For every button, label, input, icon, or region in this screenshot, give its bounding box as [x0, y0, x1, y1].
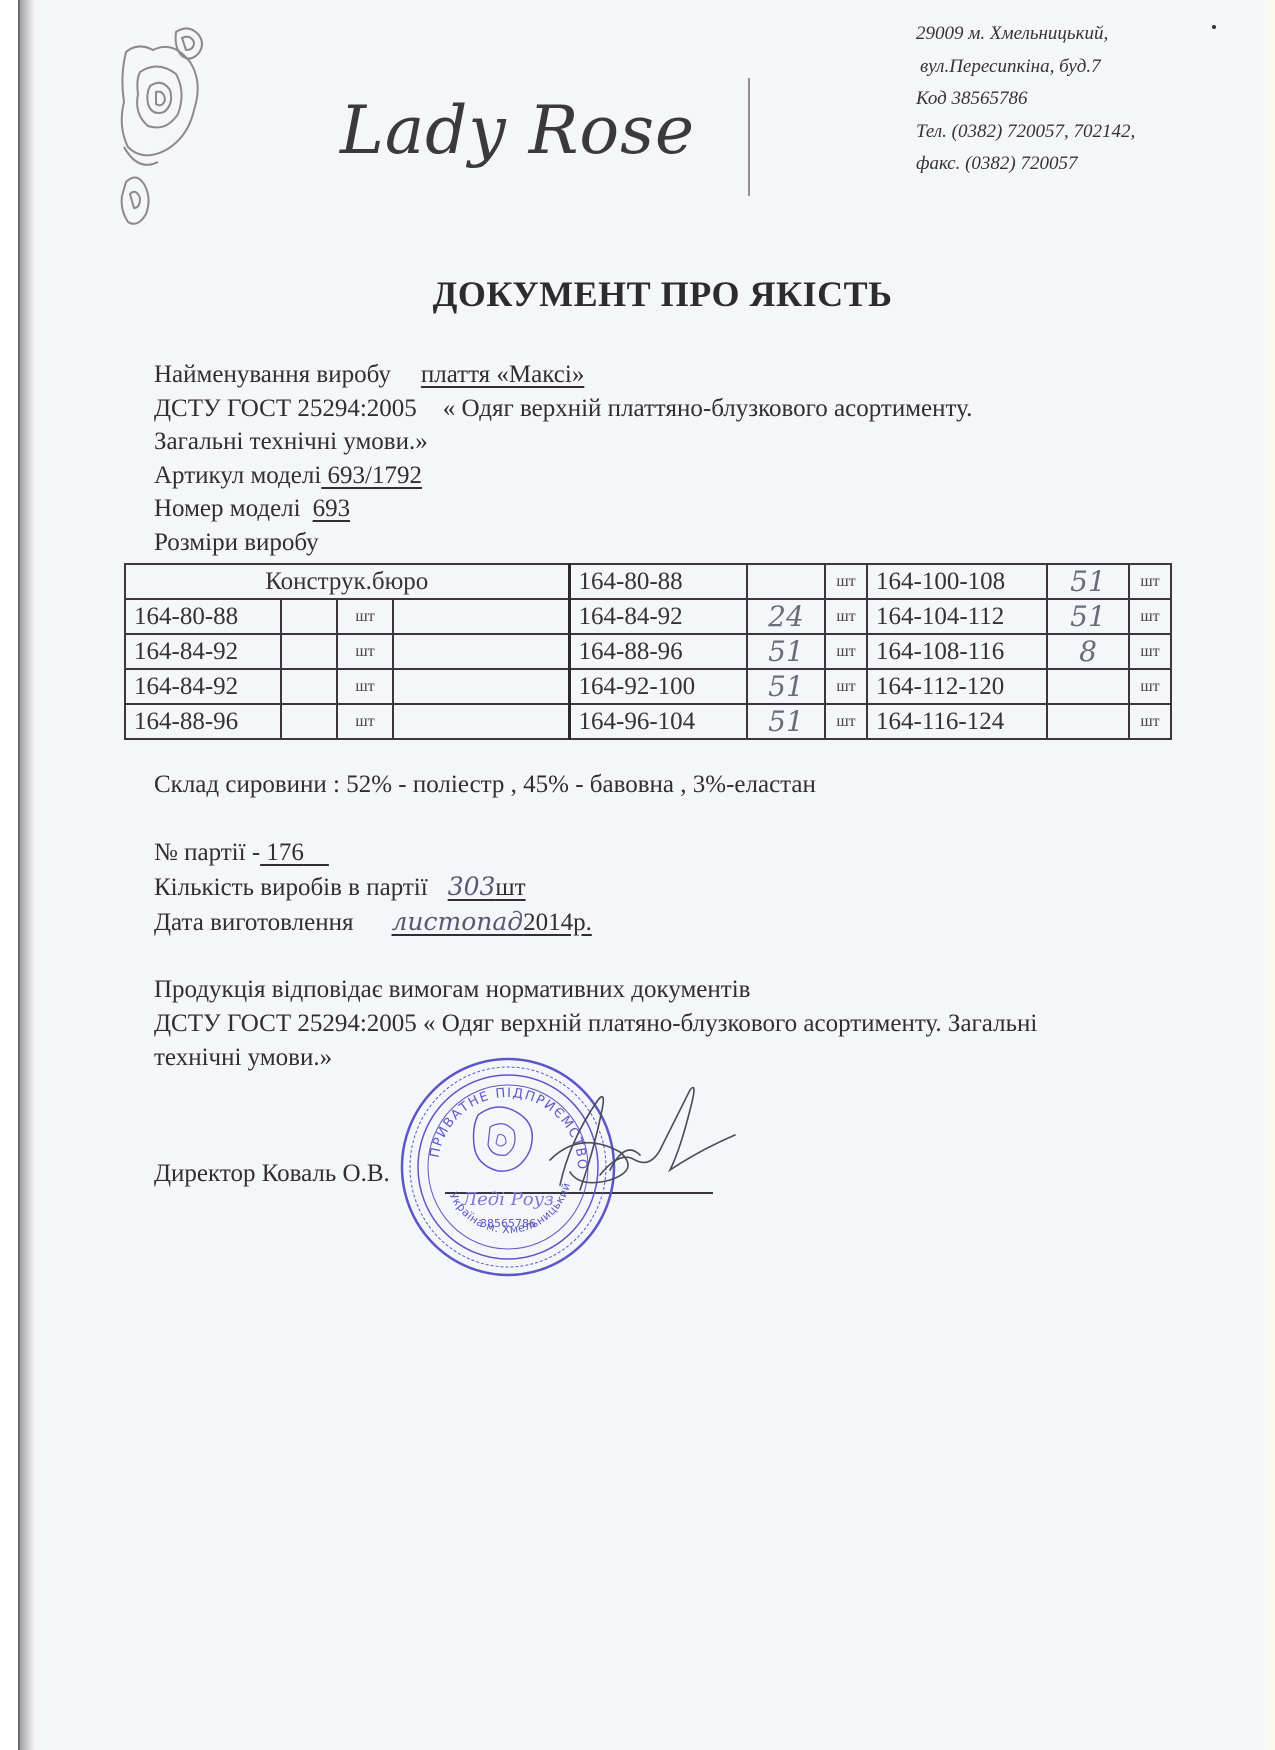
- left-unit-cell: шт: [337, 704, 393, 739]
- conformity-line-1: Продукція відповідає вимогам нормативних…: [154, 973, 1234, 1007]
- brand-logo: Lady Rose: [340, 92, 695, 169]
- product-name-row: Найменування виробуплаття «Максі»: [154, 358, 972, 392]
- batch-count-row: Кількість виробів в партії303шт: [154, 870, 816, 905]
- scan-edge: [0, 0, 22, 1750]
- right-unit-cell: шт: [1129, 599, 1171, 634]
- manufacture-date-value: листопад2014р.: [391, 909, 591, 936]
- model-number-value: 693: [313, 495, 351, 522]
- right-size-cell: 164-112-120: [867, 669, 1047, 704]
- middle-unit-cell: шт: [825, 634, 867, 669]
- left-qty-cell: [281, 634, 337, 669]
- right-unit-cell: шт: [1129, 704, 1171, 739]
- product-name-value: плаття «Максі»: [421, 361, 584, 388]
- table-row: 164-88-96шт164-96-10451шт164-116-124шт: [125, 704, 1171, 739]
- right-unit-cell: шт: [1129, 634, 1171, 669]
- model-number-row: Номер моделі693: [154, 492, 972, 526]
- right-unit-cell: шт: [1129, 564, 1171, 599]
- right-qty-cell: [1047, 669, 1129, 704]
- right-qty-cell: [1047, 704, 1129, 739]
- right-qty-cell: 8: [1047, 634, 1129, 669]
- article-value: 693/1792: [321, 462, 422, 489]
- middle-size-cell: 164-88-96: [569, 634, 747, 669]
- middle-qty-cell: 24: [747, 599, 825, 634]
- middle-size-cell: 164-84-92: [569, 599, 747, 634]
- conformity-line-3: технічні умови.»: [154, 1041, 1234, 1075]
- middle-unit-cell: шт: [825, 669, 867, 704]
- left-size-cell: 164-80-88: [125, 599, 281, 634]
- header-divider: [748, 78, 750, 196]
- left-size-cell: 164-88-96: [125, 704, 281, 739]
- article-label: Артикул моделі: [154, 462, 321, 489]
- middle-unit-cell: шт: [825, 599, 867, 634]
- batch-number-row: № партії - 176: [154, 836, 816, 870]
- contact-phone: Тел. (0382) 720057, 702142,: [916, 116, 1135, 149]
- middle-size-cell: 164-96-104: [569, 704, 747, 739]
- batch-number-label: № партії -: [154, 839, 260, 866]
- table-row: 164-84-92шт164-92-10051шт164-112-120шт: [125, 669, 1171, 704]
- left-blank-cell: [393, 669, 569, 704]
- left-qty-cell: [281, 704, 337, 739]
- left-unit-cell: шт: [337, 669, 393, 704]
- contact-fax: факс. (0382) 720057: [916, 148, 1135, 181]
- right-size-cell: 164-104-112: [867, 599, 1047, 634]
- middle-qty-cell: 51: [747, 669, 825, 704]
- right-unit-cell: шт: [1129, 669, 1171, 704]
- left-unit-cell: шт: [337, 599, 393, 634]
- middle-qty-cell: [747, 564, 825, 599]
- model-number-label: Номер моделі: [154, 495, 301, 522]
- standard-code: ДСТУ ГОСТ 25294:2005: [154, 395, 417, 422]
- batch-number-value: 176: [260, 839, 329, 866]
- document-title: ДОКУМЕНТ ПРО ЯКІСТЬ: [0, 273, 1275, 315]
- left-unit-cell: шт: [337, 634, 393, 669]
- sizes-table: Конструк.бюро164-80-88шт164-100-10851шт1…: [124, 563, 1172, 740]
- scan-speck: [1212, 25, 1216, 29]
- rose-ornament-icon: [118, 22, 228, 247]
- table-row: 164-80-88шт164-84-9224шт164-104-11251шт: [125, 599, 1171, 634]
- company-contacts: 29009 м. Хмельницький, вул.Пересипкіна, …: [916, 18, 1135, 181]
- table-row: Конструк.бюро164-80-88шт164-100-10851шт: [125, 564, 1171, 599]
- conformity-line-2: ДСТУ ГОСТ 25294:2005 « Одяг верхній плат…: [154, 1007, 1234, 1041]
- standard-title-cont: Загальні технічні умови.»: [154, 425, 972, 459]
- table-row: 164-84-92шт164-88-9651шт164-108-1168шт: [125, 634, 1171, 669]
- scan-edge-shadow: [20, 0, 34, 1750]
- composition: Склад сировини : 52% - поліестр , 45% - …: [154, 768, 816, 802]
- left-blank-cell: [393, 599, 569, 634]
- contact-address-street: вул.Пересипкіна, буд.7: [916, 51, 1135, 84]
- right-qty-cell: 51: [1047, 599, 1129, 634]
- table-header-konstruk-buro: Конструк.бюро: [125, 564, 569, 599]
- middle-size-cell: 164-92-100: [569, 669, 747, 704]
- manufacture-date-label: Дата виготовлення: [154, 909, 353, 936]
- left-size-cell: 164-84-92: [125, 669, 281, 704]
- middle-unit-cell: шт: [825, 704, 867, 739]
- batch-count-label: Кількість виробів в партії: [154, 874, 428, 901]
- left-blank-cell: [393, 704, 569, 739]
- left-size-cell: 164-84-92: [125, 634, 281, 669]
- director-label: Директор Коваль О.В.: [154, 1160, 390, 1188]
- left-qty-cell: [281, 599, 337, 634]
- standard-row: ДСТУ ГОСТ 25294:2005« Одяг верхній платт…: [154, 392, 972, 426]
- conformity-statement: Продукція відповідає вимогам нормативних…: [154, 973, 1234, 1075]
- left-qty-cell: [281, 669, 337, 704]
- article-row: Артикул моделі 693/1792: [154, 459, 972, 493]
- middle-qty-cell: 51: [747, 634, 825, 669]
- standard-title: « Одяг верхній платтяно-блузкового асорт…: [443, 395, 973, 422]
- contact-code: Код 38565786: [916, 83, 1135, 116]
- manufacture-date-row: Дата виготовленнялистопад2014р.: [154, 905, 816, 940]
- right-size-cell: 164-116-124: [867, 704, 1047, 739]
- contact-address-city: 29009 м. Хмельницький,: [916, 18, 1135, 51]
- middle-unit-cell: шт: [825, 564, 867, 599]
- left-blank-cell: [393, 634, 569, 669]
- right-size-cell: 164-108-116: [867, 634, 1047, 669]
- middle-size-cell: 164-80-88: [569, 564, 747, 599]
- right-qty-cell: 51: [1047, 564, 1129, 599]
- middle-qty-cell: 51: [747, 704, 825, 739]
- scan-right-band: [1265, 0, 1275, 1750]
- sizes-label: Розміри виробу: [154, 526, 972, 560]
- right-size-cell: 164-100-108: [867, 564, 1047, 599]
- product-name-label: Найменування виробу: [154, 361, 391, 388]
- director-signature-icon: [540, 1080, 740, 1210]
- batch-count-value: 303шт: [448, 874, 526, 901]
- composition-and-batch: Склад сировини : 52% - поліестр , 45% - …: [154, 768, 816, 940]
- product-info: Найменування виробуплаття «Максі» ДСТУ Г…: [154, 358, 972, 559]
